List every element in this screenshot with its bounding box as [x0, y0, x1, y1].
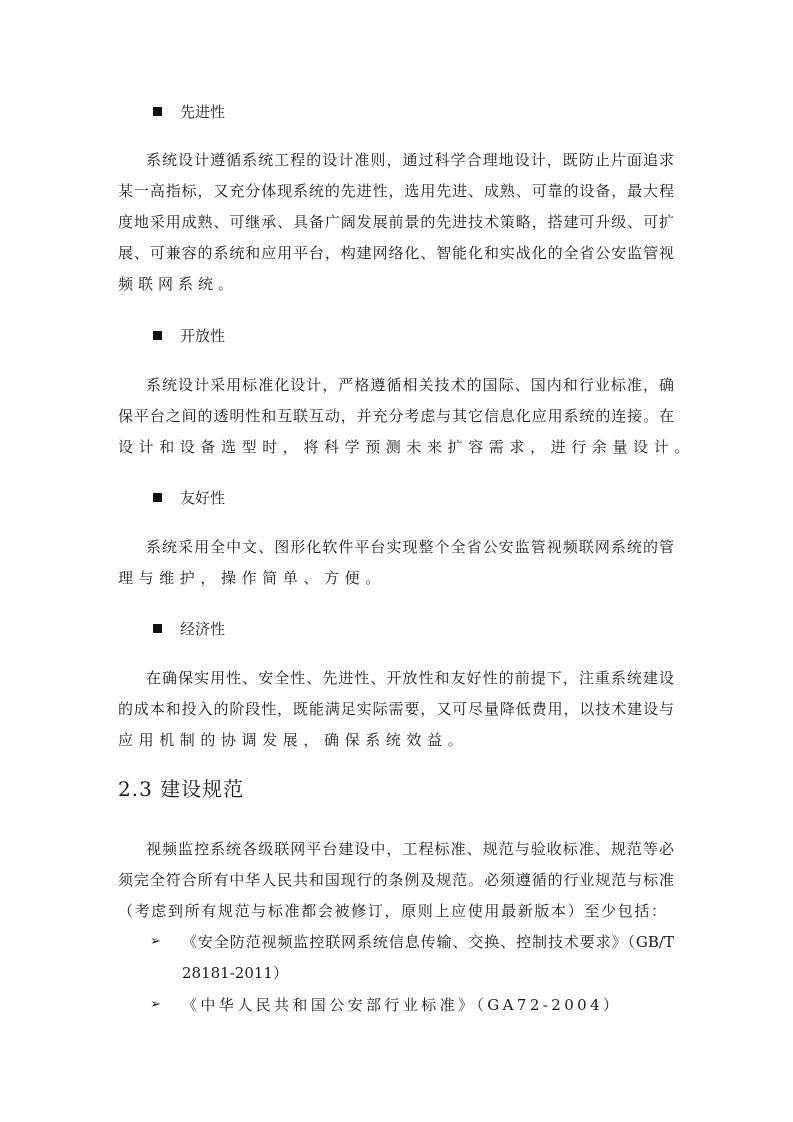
standard-item-continuation: 28181-2011）: [182, 963, 742, 983]
document-page: 先进性 系统设计遵循系统工程的设计准则，通过科学合理地设计，既防止片面追求 某一…: [0, 0, 793, 1122]
bullet-heading-openness: 开放性: [153, 326, 225, 346]
paragraph-line: 在确保实用性、安全性、先进性、开放性和友好性的前提下，注重系统建设: [146, 668, 674, 688]
paragraph-line: 视频监控系统各级联网平台建设中，工程标准、规范与验收标准、规范等必: [146, 839, 674, 859]
paragraph-line: 频联网系统。: [118, 274, 678, 294]
paragraph-line: 系统设计遵循系统工程的设计准则，通过科学合理地设计，既防止片面追求: [146, 150, 674, 170]
paragraph-line: （考虑到所有规范与标准都会被修订，原则上应使用最新版本）至少包括：: [118, 901, 666, 921]
section-title: 建设规范: [160, 777, 244, 801]
paragraph-line: 系统采用全中文、图形化软件平台实现整个全省公安监管视频联网系统的管: [146, 537, 674, 557]
paragraph-line: 须完全符合所有中华人民共和国现行的条例及规范。必须遵循的行业规范与标准: [118, 870, 674, 890]
standard-item: 《中华人民共和国公安部行业标准》（GA72-2004）: [182, 995, 742, 1015]
square-bullet-icon: [153, 624, 162, 633]
paragraph-line: 保平台之间的透明性和互联互动，并充分考虑与其它信息化应用系统的连接。在: [118, 406, 674, 426]
bullet-title: 先进性: [180, 103, 225, 121]
arrow-bullet-icon: ➢: [150, 995, 161, 1015]
bullet-heading-economy: 经济性: [153, 619, 225, 639]
section-number: 2.3: [118, 777, 153, 801]
paragraph-line: 展、可兼容的系统和应用平台，构建网络化、智能化和实战化的全省公安监管视: [118, 243, 674, 263]
square-bullet-icon: [153, 107, 162, 116]
paragraph-line: 应用机制的协调发展，确保系统效益。: [118, 730, 678, 750]
paragraph-line: 理与维护，操作简单、方便。: [118, 568, 678, 588]
paragraph-line: 系统设计采用标准化设计，严格遵循相关技术的国际、国内和行业标准，确: [146, 375, 674, 395]
section-heading: 2.3 建设规范: [118, 776, 244, 802]
square-bullet-icon: [153, 331, 162, 340]
bullet-title: 开放性: [180, 327, 225, 345]
arrow-bullet-icon: ➢: [150, 932, 161, 952]
standard-item: 《安全防范视频监控联网系统信息传输、交换、控制技术要求》（GB/T: [182, 932, 674, 952]
paragraph-line: 设计和设备选型时，将科学预测未来扩容需求，进行余量设计。: [118, 437, 678, 457]
bullet-heading-advanced: 先进性: [153, 102, 225, 122]
paragraph-line: 的成本和投入的阶段性，既能满足实际需要，又可尽量降低费用，以技术建设与: [118, 699, 674, 719]
square-bullet-icon: [153, 493, 162, 502]
bullet-heading-friendliness: 友好性: [153, 488, 225, 508]
bullet-title: 经济性: [180, 620, 225, 638]
bullet-title: 友好性: [180, 489, 225, 507]
paragraph-line: 度地采用成熟、可继承、具备广阔发展前景的先进技术策略，搭建可升级、可扩: [118, 212, 674, 232]
paragraph-line: 某一高指标，又充分体现系统的先进性，选用先进、成熟、可靠的设备，最大程: [118, 181, 674, 201]
